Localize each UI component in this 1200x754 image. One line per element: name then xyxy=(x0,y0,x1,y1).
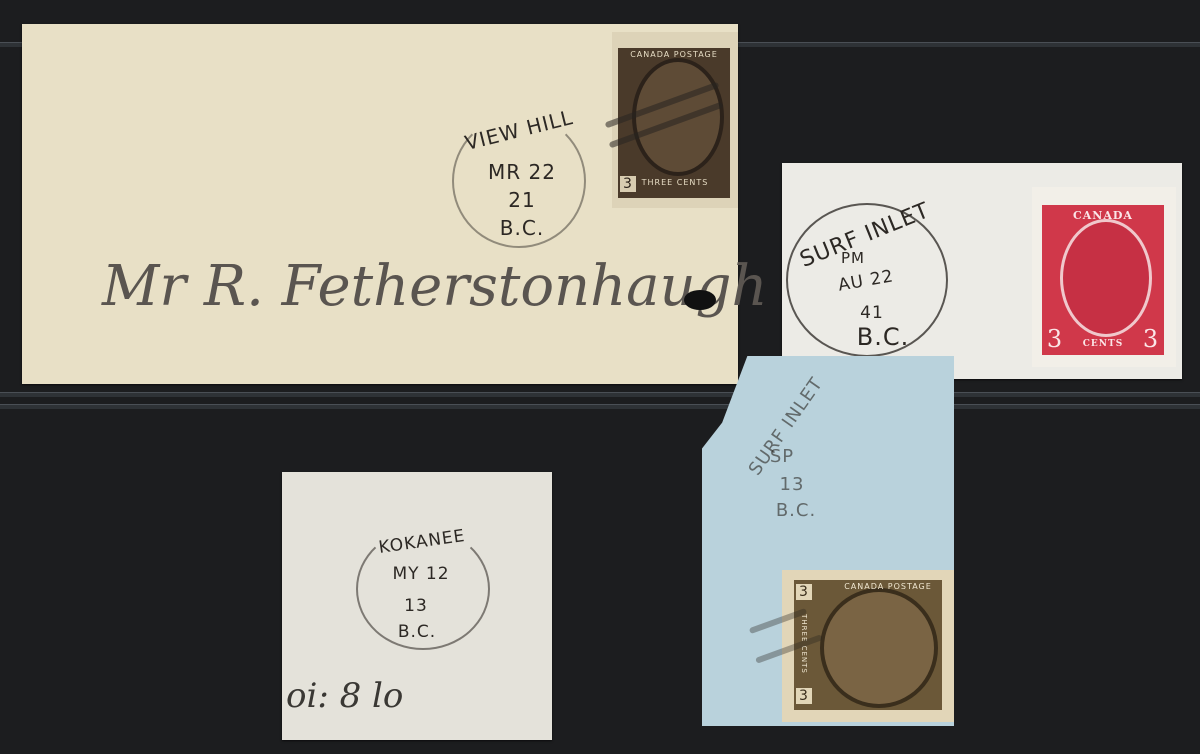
surf-inlet-1913-piece: SURF INLET SP 13 B.C. CANADA POSTAGE 3 3… xyxy=(702,356,954,726)
address-handwriting: Mr R. Fetherstonhaugh xyxy=(102,254,768,319)
postmark-date: SP xyxy=(762,446,802,467)
postmark-time: PM xyxy=(828,249,878,267)
stamp-country-text: CANADA POSTAGE xyxy=(834,582,942,591)
ink-blot xyxy=(684,290,716,310)
postmark-year: 21 xyxy=(472,188,572,212)
stamp-denomination-top: 3 xyxy=(796,584,812,600)
stamp-denomination: 3 xyxy=(620,176,636,192)
postmark-province: B.C. xyxy=(766,500,826,521)
stamp-denomination-words: THREE CENTS xyxy=(640,178,710,187)
stamp-admiral-3c: CANADA POSTAGE 3 THREE CENTS xyxy=(612,32,738,208)
postmark-date: MR 22 xyxy=(472,160,572,184)
stock-strip xyxy=(0,404,1200,409)
kokanee-piece: KOKANEE MY 12 13 B.C. oi: 8 lo xyxy=(282,472,552,740)
postmark-year: 41 xyxy=(852,303,892,323)
stamp-denomination-bottom: 3 xyxy=(796,688,812,704)
postmark-year: 13 xyxy=(772,474,812,495)
postmark-province: B.C. xyxy=(848,323,918,351)
view-hill-cover: VIEW HILL MR 22 21 B.C. CANADA POSTAGE 3… xyxy=(22,24,738,384)
surf-inlet-1941-piece: SURF INLET PM AU 22 41 B.C. CANADA 3 3 C… xyxy=(782,163,1182,379)
stock-strip xyxy=(0,392,1200,397)
postmark-year: 13 xyxy=(396,596,436,616)
postmark-province: B.C. xyxy=(382,622,452,642)
stamp-denomination-left: 3 xyxy=(1044,325,1066,353)
stamp-country-text: CANADA POSTAGE xyxy=(618,50,730,59)
stamp-admiral-3c: CANADA POSTAGE 3 3 THREE CENTS xyxy=(782,570,956,722)
postmark-province: B.C. xyxy=(472,216,572,240)
postmark-date: MY 12 xyxy=(376,564,466,584)
stamp-denomination-right: 3 xyxy=(1140,325,1162,353)
pencil-notation: oi: 8 lo xyxy=(286,676,403,716)
stamp-country-text: CANADA xyxy=(1042,209,1164,222)
stamp-george-vi-3c: CANADA 3 3 CENTS xyxy=(1032,187,1176,367)
stamp-denomination-words: CENTS xyxy=(1076,339,1130,349)
